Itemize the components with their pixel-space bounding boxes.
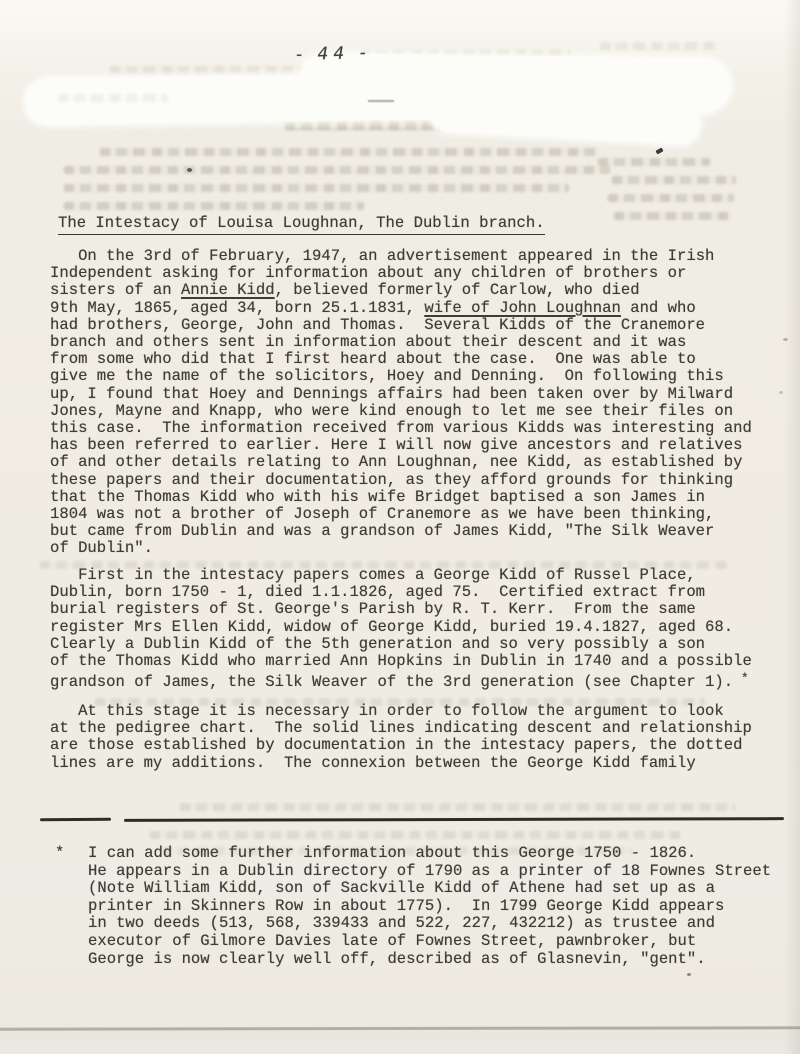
ghost-text-line bbox=[150, 831, 680, 839]
ghost-text-line bbox=[100, 148, 598, 156]
underlined-annie-kidd: Annie Kidd bbox=[181, 281, 275, 299]
ghost-text-line bbox=[64, 166, 610, 174]
footnote: * I can add some further information abo… bbox=[55, 845, 783, 968]
section-heading: The Intestacy of Louisa Loughnan, The Du… bbox=[58, 215, 545, 232]
footnote-text: I can add some further information about… bbox=[88, 845, 783, 968]
paragraph-pedigree-chart: At this stage it is necessary in order t… bbox=[50, 703, 770, 772]
paragraph-intestacy-intro: On the 3rd of February, 1947, an adverti… bbox=[50, 248, 770, 558]
scanned-document-page: - 44 - The Intestacy of Louisa Loughnan,… bbox=[0, 0, 800, 1054]
ghost-text-line bbox=[608, 194, 734, 202]
footnote-divider-short bbox=[40, 818, 111, 821]
text-segment: First in the intestacy papers comes a Ge… bbox=[50, 566, 752, 691]
ghost-text-line bbox=[598, 158, 710, 166]
text-segment: , born 25.1.1831, bbox=[256, 299, 424, 317]
ghost-text-line bbox=[180, 803, 735, 811]
ink-speck bbox=[655, 148, 663, 155]
ink-speck bbox=[687, 973, 691, 976]
overlined-aged-34: aged 34 bbox=[190, 299, 256, 317]
footnote-asterisk-reference: * bbox=[733, 671, 749, 686]
underlined-wife-of-john-loughnan: wife of John Loughnan bbox=[424, 299, 621, 317]
ghost-stroke bbox=[368, 100, 394, 102]
ghost-text-line bbox=[64, 202, 364, 210]
ghost-text-line bbox=[600, 42, 720, 50]
footnote-divider-long bbox=[124, 817, 784, 821]
paragraph-george-kidd: First in the intestacy papers comes a Ge… bbox=[50, 567, 770, 691]
ghost-text-line bbox=[64, 184, 569, 192]
page-number: - 44 - bbox=[296, 43, 371, 65]
ghost-text-line bbox=[612, 176, 736, 184]
footnote-asterisk-marker: * bbox=[55, 845, 88, 863]
ink-speck bbox=[783, 338, 788, 341]
section-heading-text: The Intestacy of Louisa Loughnan, The Du… bbox=[58, 214, 545, 235]
page-bottom-edge bbox=[0, 1026, 800, 1030]
ghost-text-line bbox=[58, 94, 168, 102]
ghost-text-line bbox=[110, 66, 310, 74]
text-segment: and who had brothers, George, John and T… bbox=[50, 299, 752, 558]
ink-speck bbox=[187, 168, 192, 172]
ink-speck bbox=[779, 391, 783, 394]
ghost-text-line bbox=[614, 212, 732, 220]
